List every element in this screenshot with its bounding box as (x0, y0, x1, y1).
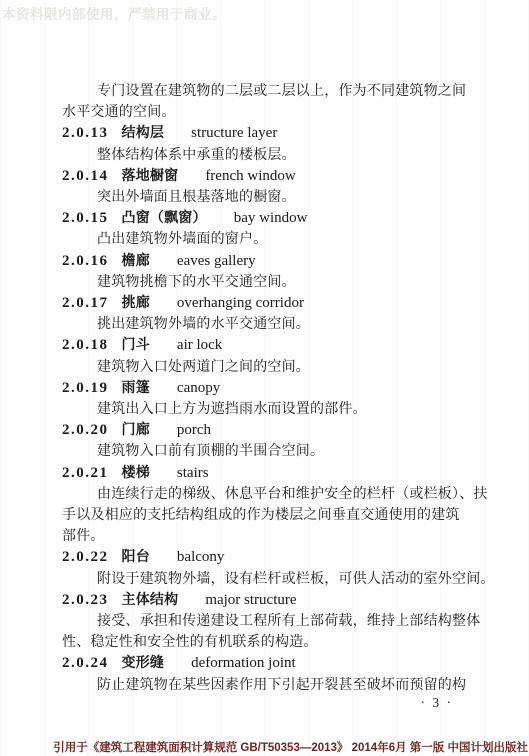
body-text-line: 建筑物入口前有顶棚的半围合空间。 (62, 441, 472, 462)
term-number: 2.0.18 (62, 337, 109, 353)
term-line: 2.0.20门廊porch (62, 420, 472, 441)
body-text-line: 整体结构体系中承重的楼板层。 (62, 145, 472, 166)
term-english: structure layer (191, 125, 277, 141)
term-english: french window (205, 168, 295, 184)
term-english: stairs (177, 465, 209, 481)
term-chinese: 雨篷 (122, 381, 150, 396)
body-text-line: 建筑物挑檐下的水平交通空间。 (62, 272, 472, 293)
document-page: 本资料限内部使用，严禁用于商业。 专门设置在建筑物的二层或二层以上，作为不同建筑… (0, 0, 529, 756)
term-line: 2.0.21楼梯stairs (62, 463, 472, 484)
term-number: 2.0.21 (62, 465, 109, 481)
term-chinese: 主体结构 (122, 593, 179, 608)
term-chinese: 檐廊 (122, 254, 150, 269)
term-english: balcony (177, 549, 224, 565)
term-chinese: 门斗 (122, 338, 150, 353)
watermark-text: 本资料限内部使用，严禁用于商业。 (2, 3, 226, 23)
term-english: bay window (234, 210, 308, 226)
term-line: 2.0.22阳台balcony (62, 547, 472, 568)
term-line: 2.0.24变形缝deformation joint (62, 653, 472, 674)
body-text-line: 水平交通的空间。 (62, 102, 472, 123)
term-chinese: 楼梯 (122, 466, 150, 481)
term-line: 2.0.13结构层structure layer (62, 123, 472, 144)
body-text-line: 性、稳定性和安全性的有机联系的构造。 (62, 632, 472, 653)
term-english: deformation joint (191, 655, 296, 671)
footer-citation: 引用于《建筑工程建筑面积计算规范 GB/T50353—2013》 2014年6月… (53, 739, 528, 755)
term-number: 2.0.14 (62, 168, 109, 184)
term-line: 2.0.17挑廊overhanging corridor (62, 293, 472, 314)
body-text-line: 部件。 (62, 526, 472, 547)
body-text-line: 手以及相应的支托结构组成的作为楼层之间垂直交通使用的建筑 (62, 505, 472, 526)
body-text-line: 突出外墙面且根基落地的橱窗。 (62, 187, 472, 208)
term-line: 2.0.15凸窗（飘窗）bay window (62, 208, 472, 229)
body-text-line: 建筑出入口上方为遮挡雨水而设置的部件。 (62, 399, 472, 420)
body-text-line: 附设于建筑物外墙，设有栏杆或栏板，可供人活动的室外空间。 (62, 569, 472, 590)
term-line: 2.0.14落地橱窗french window (62, 166, 472, 187)
term-chinese: 阳台 (122, 550, 150, 565)
term-english: eaves gallery (177, 253, 256, 269)
term-number: 2.0.16 (62, 253, 109, 269)
term-number: 2.0.17 (62, 295, 109, 311)
body-text-line: 凸出建筑物外墙面的窗户。 (62, 229, 472, 250)
term-chinese: 凸窗（飘窗） (122, 211, 207, 226)
term-chinese: 门廊 (122, 423, 150, 438)
term-line: 2.0.16檐廊eaves gallery (62, 251, 472, 272)
term-number: 2.0.19 (62, 380, 109, 396)
term-english: overhanging corridor (177, 295, 304, 311)
term-chinese: 变形缝 (122, 656, 165, 671)
term-line: 2.0.18门斗air lock (62, 335, 472, 356)
page-number: · 3 · (421, 695, 454, 711)
term-line: 2.0.23主体结构major structure (62, 590, 472, 611)
term-number: 2.0.15 (62, 210, 109, 226)
term-chinese: 落地橱窗 (122, 169, 179, 184)
term-line: 2.0.19雨篷canopy (62, 378, 472, 399)
term-number: 2.0.23 (62, 592, 109, 608)
body-text-line: 防止建筑物在某些因素作用下引起开裂甚至破坏而预留的构 (62, 675, 472, 696)
document-body: 专门设置在建筑物的二层或二层以上，作为不同建筑物之间水平交通的空间。2.0.13… (62, 81, 472, 696)
body-text-line: 挑出建筑物外墙的水平交通空间。 (62, 314, 472, 335)
term-english: air lock (177, 337, 222, 353)
term-chinese: 结构层 (122, 126, 165, 141)
term-number: 2.0.22 (62, 549, 109, 565)
term-number: 2.0.20 (62, 422, 109, 438)
body-text-line: 建筑物入口处两道门之间的空间。 (62, 357, 472, 378)
term-english: major structure (205, 592, 296, 608)
term-number: 2.0.13 (62, 125, 109, 141)
term-number: 2.0.24 (62, 655, 109, 671)
term-english: porch (177, 422, 211, 438)
term-chinese: 挑廊 (122, 296, 150, 311)
body-text-line: 专门设置在建筑物的二层或二层以上，作为不同建筑物之间 (62, 81, 472, 102)
body-text-line: 接受、承担和传递建设工程所有上部荷载，维持上部结构整体 (62, 611, 472, 632)
term-english: canopy (177, 380, 220, 396)
body-text-line: 由连续行走的梯级、休息平台和维护安全的栏杆（或栏板）、扶 (62, 484, 472, 505)
